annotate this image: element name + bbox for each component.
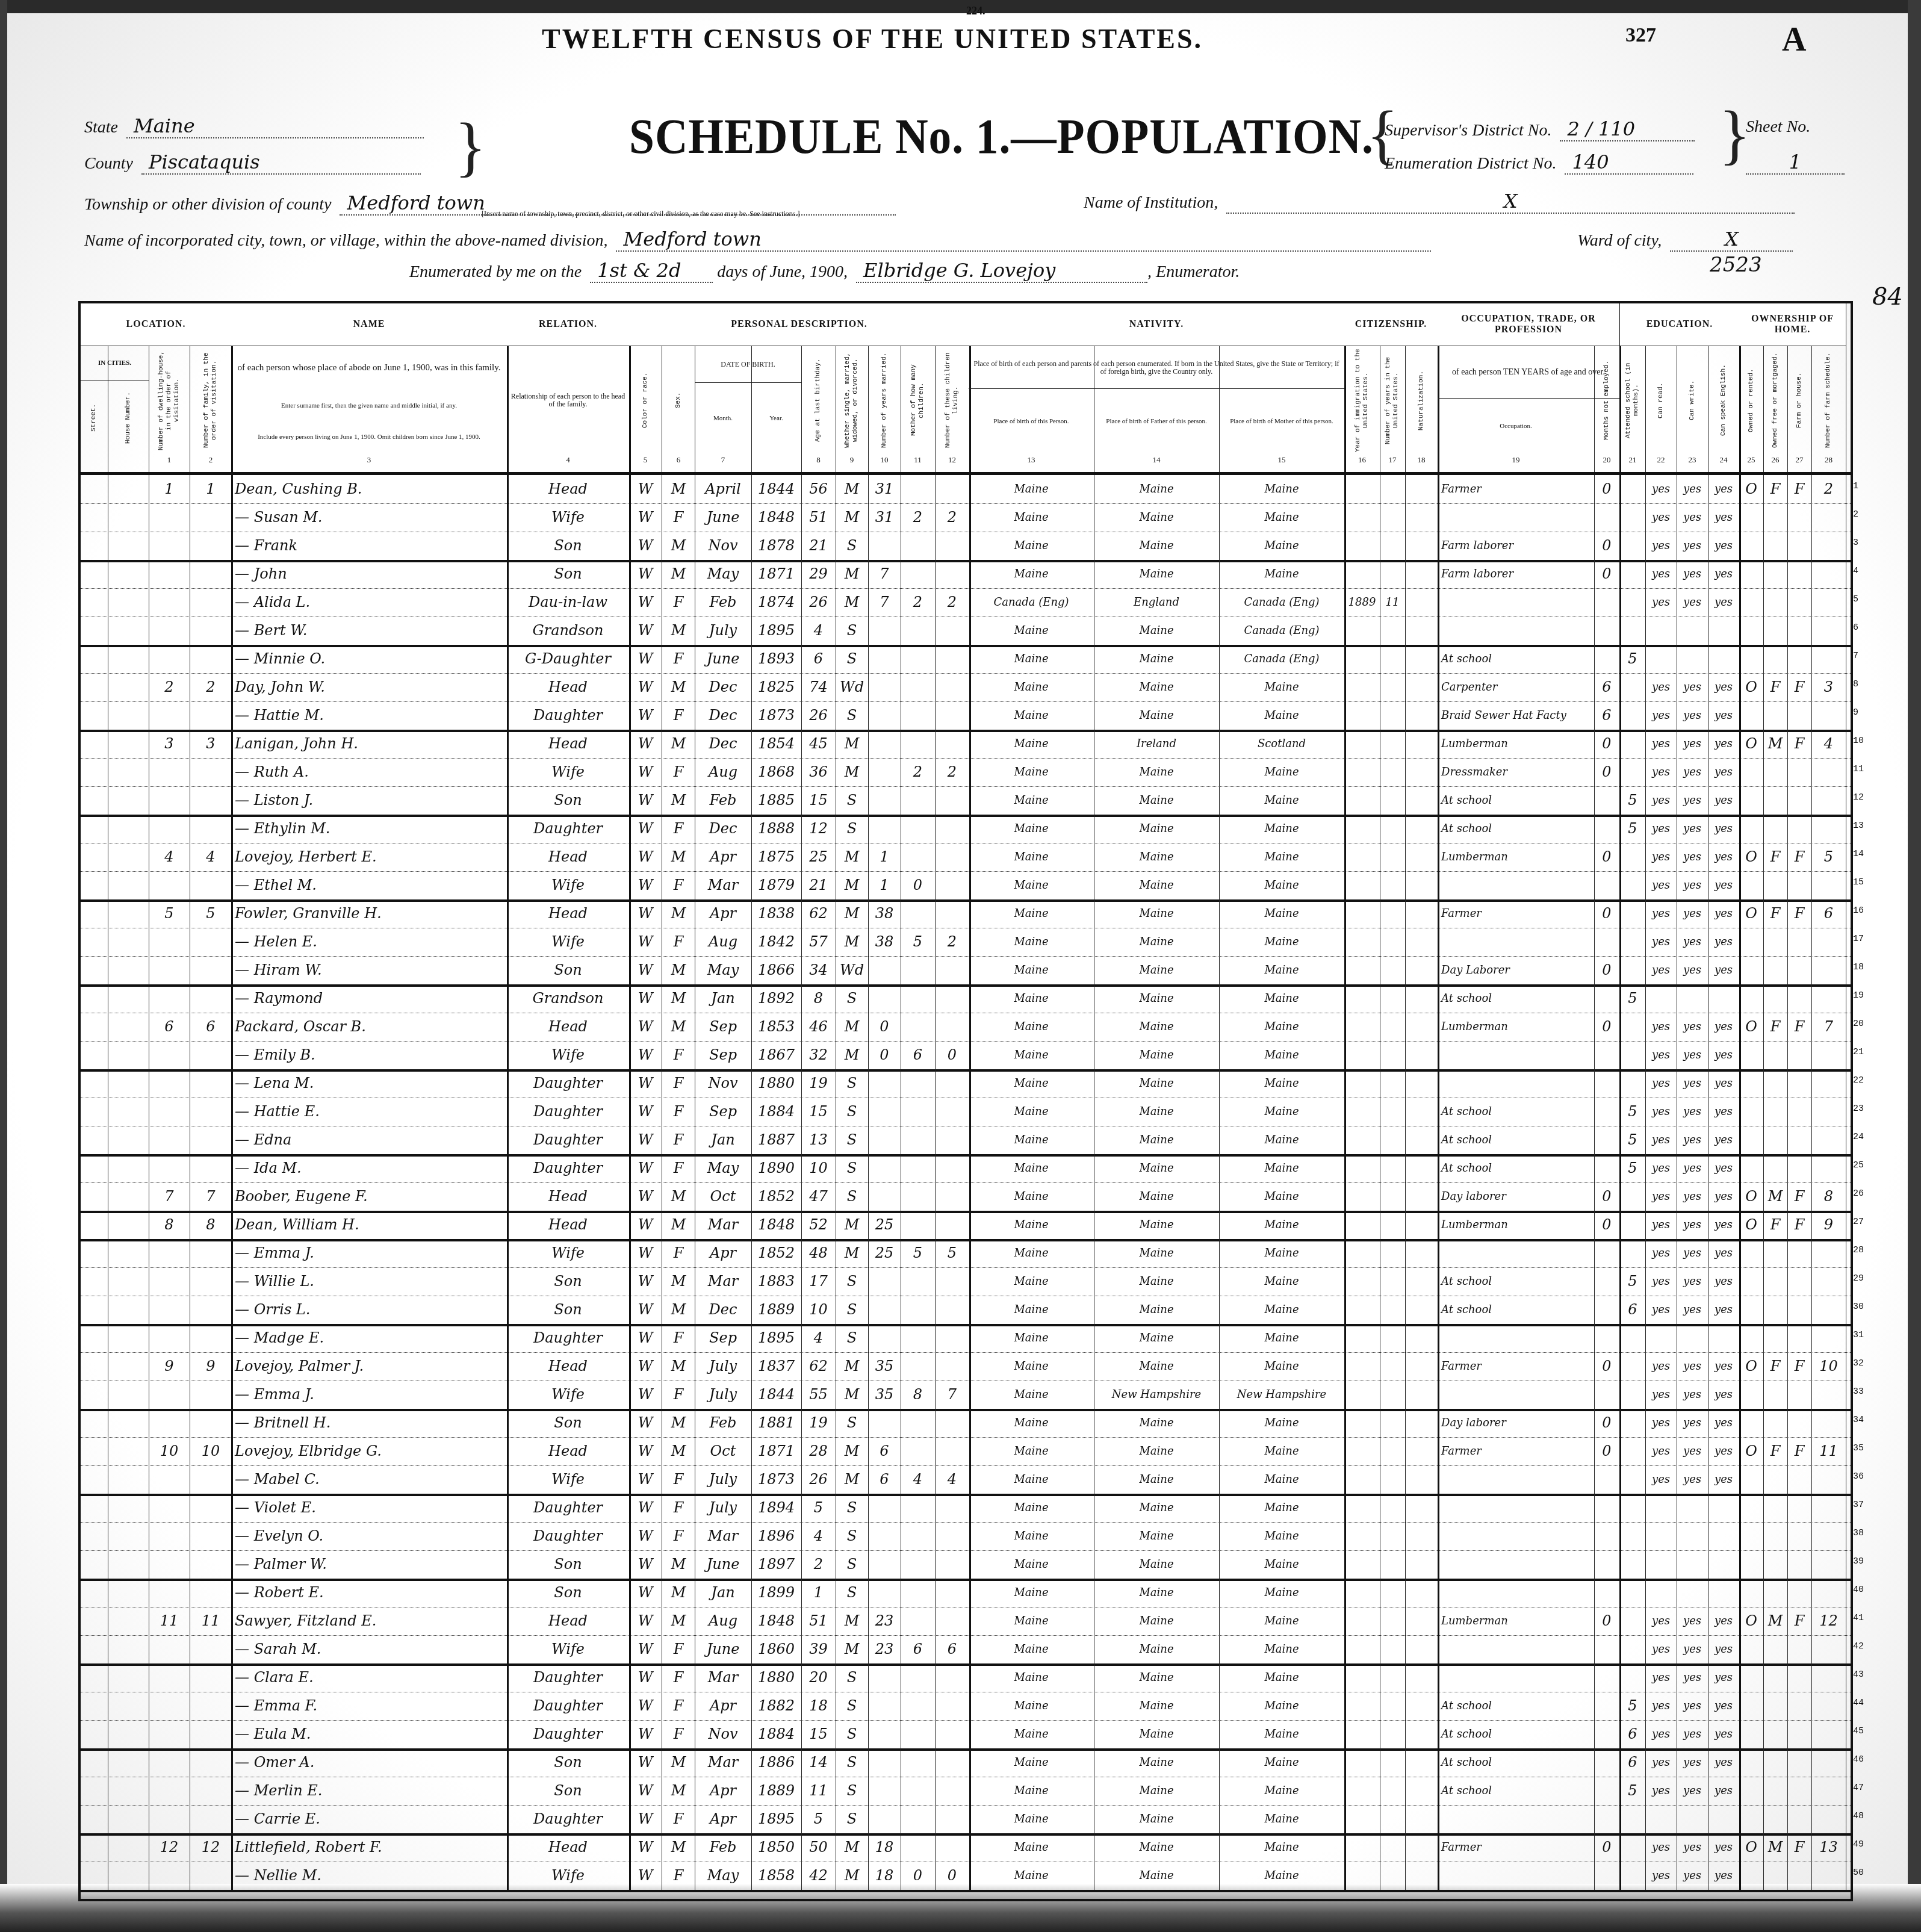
cell-age: 62	[801, 899, 836, 928]
cell-relation: Wife	[507, 1041, 629, 1069]
cell-can-read: yes	[1645, 1409, 1677, 1437]
cell-owned-free	[1763, 1777, 1787, 1805]
cell-pob-mother: Maine	[1219, 1324, 1344, 1352]
cell-sex: M	[662, 617, 695, 645]
cell-pob-mother: Scotland	[1219, 730, 1344, 758]
cell-sex: F	[662, 1635, 695, 1663]
cell-pob-person: Maine	[969, 1098, 1094, 1126]
cell-year: 1873	[751, 701, 801, 730]
column-number: 18	[1405, 455, 1438, 472]
ward-label: Ward of city,	[1577, 231, 1662, 250]
cell-attended-school: 5	[1620, 984, 1645, 1013]
cell-pob-person: Maine	[969, 758, 1094, 786]
cell-can-read: yes	[1645, 1352, 1677, 1381]
cell-farm-schedule: 9	[1811, 1211, 1846, 1239]
cell-occupation: Day Laborer	[1438, 956, 1598, 984]
cell-pob-mother: Maine	[1219, 673, 1344, 701]
cell-mother-of	[901, 1522, 935, 1550]
cell-name: — Ruth A.	[231, 758, 511, 786]
cell-color: W	[629, 1494, 662, 1522]
cell-month: Mar	[695, 871, 751, 899]
subhead-relation-desc: Relationship of each person to the head …	[507, 347, 629, 454]
row-col-line	[108, 1437, 149, 1465]
cell-age: 10	[801, 1154, 836, 1182]
cell-farm-schedule	[1811, 1663, 1846, 1692]
cell-immigration	[1344, 1748, 1380, 1777]
cell-mother-of	[901, 1296, 935, 1324]
cell-dwelling	[149, 928, 190, 956]
cell-marital: S	[836, 1098, 868, 1126]
cell-can-write: yes	[1677, 1663, 1708, 1692]
cell-years-married: 1	[868, 871, 901, 899]
row-col-line	[108, 532, 149, 560]
cell-owned-free	[1763, 1494, 1787, 1522]
row-col-line	[81, 1324, 108, 1352]
cell-age: 13	[801, 1126, 836, 1154]
cell-owned-rented	[1739, 984, 1763, 1013]
line-number: 32	[1853, 1358, 1864, 1368]
cell-pob-person: Maine	[969, 1381, 1094, 1409]
cell-marital: S	[836, 1522, 868, 1550]
subhead-pob-father: Place of birth of Father of this person.	[1094, 389, 1219, 454]
cell-years-married: 31	[868, 475, 901, 503]
table-row: — JohnSonWMMay187129M7MaineMaineMaineFar…	[81, 560, 1851, 589]
cell-mother-of	[901, 673, 935, 701]
cell-months-not-employed: 0	[1594, 560, 1619, 588]
cell-owned-free	[1763, 1720, 1787, 1748]
cell-dwelling	[149, 560, 190, 588]
cell-color: W	[629, 1720, 662, 1748]
cell-months-not-employed: 0	[1594, 1182, 1619, 1211]
cell-can-speak-english: yes	[1708, 1239, 1739, 1267]
cell-owned-rented	[1739, 1720, 1763, 1748]
cell-sex: F	[662, 1805, 695, 1833]
cell-mother-of: 2	[901, 588, 935, 617]
cell-sex: M	[662, 1748, 695, 1777]
cell-marital: S	[836, 617, 868, 645]
cell-relation: Wife	[507, 1465, 629, 1494]
line-number: 10	[1853, 736, 1864, 746]
row-col-line	[81, 475, 108, 503]
cell-pob-person: Maine	[969, 1663, 1094, 1692]
cell-month: Mar	[695, 1267, 751, 1296]
cell-can-write: yes	[1677, 701, 1708, 730]
cell-immigration	[1344, 617, 1380, 645]
cell-years-married	[868, 1805, 901, 1833]
cell-farm-schedule	[1811, 1748, 1846, 1777]
cell-farm-schedule	[1811, 1409, 1846, 1437]
cell-name: Lanigan, John H.	[231, 730, 511, 758]
table-row: — Emma J.WifeWFApr185248M2555MaineMaineM…	[81, 1239, 1851, 1268]
cell-months-not-employed	[1594, 1324, 1619, 1352]
column-number: 11	[901, 455, 935, 472]
cell-age: 8	[801, 984, 836, 1013]
subhead-naturalization: Naturalization.	[1405, 347, 1438, 454]
cell-dwelling: 12	[149, 1833, 190, 1862]
table-row: 55Fowler, Granville H.HeadWMApr183862M38…	[81, 899, 1851, 928]
cell-attended-school	[1620, 588, 1645, 617]
cell-family	[190, 1381, 231, 1409]
cell-color: W	[629, 1069, 662, 1098]
line-number: 13	[1853, 821, 1864, 831]
cell-years-us	[1380, 730, 1405, 758]
cell-color: W	[629, 730, 662, 758]
cell-mother-of: 0	[901, 1862, 935, 1890]
cell-pob-father: Maine	[1094, 1833, 1219, 1862]
row-col-line	[108, 1211, 149, 1239]
cell-pob-father: Maine	[1094, 1579, 1219, 1607]
cell-dwelling	[149, 1635, 190, 1663]
cell-occupation	[1438, 1494, 1598, 1522]
cell-owned-rented	[1739, 1041, 1763, 1069]
row-col-line	[108, 1324, 149, 1352]
cell-sex: F	[662, 588, 695, 617]
cell-owned-rented	[1739, 701, 1763, 730]
cell-farm-house: F	[1787, 673, 1811, 701]
cell-owned-rented	[1739, 1522, 1763, 1550]
cell-can-write: yes	[1677, 1720, 1708, 1748]
cell-naturalization	[1405, 560, 1438, 588]
cell-can-speak-english: yes	[1708, 1777, 1739, 1805]
cell-relation: Wife	[507, 1239, 629, 1267]
cell-mother-of	[901, 786, 935, 815]
cell-pob-father: Maine	[1094, 1862, 1219, 1890]
cell-pob-mother: Maine	[1219, 956, 1344, 984]
cell-owned-free	[1763, 1296, 1787, 1324]
cell-pob-father: Maine	[1094, 1352, 1219, 1381]
cell-owned-free	[1763, 871, 1787, 899]
row-col-line	[108, 673, 149, 701]
cell-immigration	[1344, 503, 1380, 532]
cell-occupation: Farmer	[1438, 899, 1598, 928]
cell-relation: Daughter	[507, 1494, 629, 1522]
cell-marital: S	[836, 1182, 868, 1211]
cell-years-married	[868, 1748, 901, 1777]
cell-years-married	[868, 984, 901, 1013]
cell-mother-of	[901, 1692, 935, 1720]
cell-farm-house: F	[1787, 730, 1811, 758]
cell-marital: S	[836, 1777, 868, 1805]
row-col-line	[108, 1833, 149, 1862]
cell-years-us	[1380, 1211, 1405, 1239]
county-value: Piscataquis	[141, 151, 421, 175]
cell-immigration	[1344, 1324, 1380, 1352]
cell-age: 19	[801, 1409, 836, 1437]
cell-years-us	[1380, 1267, 1405, 1296]
cell-family	[190, 1720, 231, 1748]
cell-owned-rented	[1739, 1748, 1763, 1777]
column-number: 1	[149, 455, 190, 472]
cell-months-not-employed	[1594, 1494, 1619, 1522]
row-col-line	[108, 560, 149, 588]
cell-relation: Wife	[507, 1381, 629, 1409]
column-number: 19	[1438, 455, 1594, 472]
cell-color: W	[629, 1607, 662, 1635]
cell-attended-school	[1620, 1579, 1645, 1607]
scan-edge-left	[0, 0, 7, 1932]
cell-color: W	[629, 645, 662, 673]
cell-year: 1852	[751, 1182, 801, 1211]
cell-name: — John	[231, 560, 511, 588]
enumerator-name: Elbridge G. Lovejoy	[856, 259, 1147, 283]
cell-dwelling	[149, 1663, 190, 1692]
cell-marital: M	[836, 1381, 868, 1409]
row-col-line	[108, 956, 149, 984]
cell-pob-mother: Maine	[1219, 503, 1344, 532]
table-row: — Willie L.SonWMMar188317SMaineMaineMain…	[81, 1267, 1851, 1296]
cell-month: Sep	[695, 1324, 751, 1352]
cell-children-living	[935, 1296, 969, 1324]
cell-attended-school	[1620, 475, 1645, 503]
cell-months-not-employed	[1594, 1267, 1619, 1296]
cell-naturalization	[1405, 532, 1438, 560]
institution-field: Name of Institution,X	[1084, 190, 1795, 214]
cell-pob-father: Maine	[1094, 956, 1219, 984]
cell-dwelling	[149, 1126, 190, 1154]
table-row: 22Day, John W.HeadWMDec182574WdMaineMain…	[81, 673, 1851, 702]
cell-age: 20	[801, 1663, 836, 1692]
row-col-line	[108, 1777, 149, 1805]
cell-immigration	[1344, 1352, 1380, 1381]
cell-children-living	[935, 532, 969, 560]
cell-year: 1879	[751, 871, 801, 899]
line-number: 5	[1853, 594, 1858, 604]
cell-mother-of	[901, 645, 935, 673]
cell-naturalization	[1405, 1550, 1438, 1579]
page-stamp: 224.	[966, 5, 985, 17]
cell-dwelling	[149, 1098, 190, 1126]
column-number: 10	[868, 455, 901, 472]
cell-year: 1842	[751, 928, 801, 956]
cell-farm-house: F	[1787, 843, 1811, 871]
row-col-line	[81, 1663, 108, 1692]
cell-relation: Wife	[507, 928, 629, 956]
cell-months-not-employed: 0	[1594, 758, 1619, 786]
cell-can-read: yes	[1645, 1862, 1677, 1890]
cell-pob-father: Maine	[1094, 1409, 1219, 1437]
cell-owned-free	[1763, 588, 1787, 617]
table-row: 1111Sawyer, Fitzland E.HeadWMAug184851M2…	[81, 1607, 1851, 1636]
cell-color: W	[629, 503, 662, 532]
cell-month: Aug	[695, 928, 751, 956]
cell-relation: Son	[507, 560, 629, 588]
cell-owned-free	[1763, 645, 1787, 673]
group-header-personal: PERSONAL DESCRIPTION.	[629, 303, 969, 346]
row-col-line	[81, 1635, 108, 1663]
cell-can-read: yes	[1645, 1777, 1677, 1805]
city-label: Name of incorporated city, town, or vill…	[84, 231, 607, 250]
row-col-line	[81, 843, 108, 871]
cell-can-read	[1645, 1805, 1677, 1833]
supervisor-field: Supervisor's District No.2 / 110	[1385, 117, 1695, 141]
state-label: State	[84, 118, 118, 137]
cell-year: 1871	[751, 560, 801, 588]
cell-occupation: Braid Sewer Hat Facty	[1438, 701, 1598, 730]
cell-farm-schedule	[1811, 1267, 1846, 1296]
line-number: 16	[1853, 905, 1864, 916]
line-number: 12	[1853, 792, 1864, 803]
cell-color: W	[629, 1239, 662, 1267]
supervisor-value: 2 / 110	[1560, 117, 1695, 141]
cell-naturalization	[1405, 956, 1438, 984]
cell-name: — Bert W.	[231, 617, 511, 645]
cell-years-married	[868, 1579, 901, 1607]
cell-years-married	[868, 1182, 901, 1211]
cell-farm-house	[1787, 532, 1811, 560]
cell-marital: S	[836, 1154, 868, 1182]
cell-owned-free: F	[1763, 1211, 1787, 1239]
cell-pob-mother: Maine	[1219, 1409, 1344, 1437]
cell-can-speak-english: yes	[1708, 1211, 1739, 1239]
cell-children-living	[935, 786, 969, 815]
cell-family	[190, 645, 231, 673]
cell-pob-father: Maine	[1094, 645, 1219, 673]
row-col-line	[81, 956, 108, 984]
cell-month: Feb	[695, 1409, 751, 1437]
cell-farm-schedule	[1811, 1239, 1846, 1267]
cell-sex: M	[662, 956, 695, 984]
cell-mother-of	[901, 1805, 935, 1833]
cell-family: 11	[190, 1607, 231, 1635]
cell-farm-house	[1787, 1296, 1811, 1324]
cell-relation: Grandson	[507, 984, 629, 1013]
cell-marital: S	[836, 1296, 868, 1324]
cell-marital: M	[836, 1013, 868, 1041]
cell-pob-father: Maine	[1094, 1041, 1219, 1069]
cell-age: 15	[801, 1720, 836, 1748]
row-col-line	[81, 815, 108, 843]
cell-pob-person: Maine	[969, 1267, 1094, 1296]
cell-years-us: 11	[1380, 588, 1405, 617]
cell-naturalization	[1405, 1805, 1438, 1833]
cell-name: — Omer A.	[231, 1748, 511, 1777]
cell-can-speak-english: yes	[1708, 1437, 1739, 1465]
line-number: 6	[1853, 623, 1858, 633]
cell-pob-person: Maine	[969, 956, 1094, 984]
cell-immigration	[1344, 730, 1380, 758]
cell-age: 74	[801, 673, 836, 701]
row-col-line	[81, 1211, 108, 1239]
cell-attended-school	[1620, 673, 1645, 701]
cell-occupation: Carpenter	[1438, 673, 1598, 701]
row-col-line	[108, 1409, 149, 1437]
sheet-letter: A	[1782, 20, 1806, 59]
cell-can-read	[1645, 645, 1677, 673]
cell-can-write	[1677, 1494, 1708, 1522]
cell-months-not-employed: 0	[1594, 1352, 1619, 1381]
cell-farm-house	[1787, 956, 1811, 984]
cell-months-not-employed	[1594, 1126, 1619, 1154]
cell-can-write: yes	[1677, 843, 1708, 871]
cell-month: Sep	[695, 1013, 751, 1041]
cell-occupation: Lumberman	[1438, 843, 1598, 871]
cell-attended-school: 5	[1620, 786, 1645, 815]
cell-attended-school: 5	[1620, 1692, 1645, 1720]
cell-months-not-employed: 0	[1594, 1607, 1619, 1635]
cell-can-read: yes	[1645, 1607, 1677, 1635]
cell-month: Dec	[695, 815, 751, 843]
cell-pob-father: Maine	[1094, 1748, 1219, 1777]
cell-years-married: 7	[868, 588, 901, 617]
cell-months-not-employed	[1594, 1663, 1619, 1692]
cell-dwelling	[149, 1041, 190, 1069]
cell-color: W	[629, 1862, 662, 1890]
cell-relation: Daughter	[507, 701, 629, 730]
cell-years-married: 18	[868, 1833, 901, 1862]
cell-pob-father: Maine	[1094, 532, 1219, 560]
cell-dwelling	[149, 1267, 190, 1296]
cell-name: — Carrie E.	[231, 1805, 511, 1833]
line-number: 26	[1853, 1188, 1864, 1199]
cell-can-speak-english	[1708, 1550, 1739, 1579]
row-col-line	[108, 645, 149, 673]
cell-can-write: yes	[1677, 956, 1708, 984]
row-col-line	[108, 701, 149, 730]
cell-occupation: At school	[1438, 645, 1598, 673]
row-col-line	[108, 1296, 149, 1324]
cell-owned-rented	[1739, 1239, 1763, 1267]
cell-age: 14	[801, 1748, 836, 1777]
cell-years-us	[1380, 1522, 1405, 1550]
cell-mother-of	[901, 1069, 935, 1098]
cell-farm-house: F	[1787, 1607, 1811, 1635]
cell-attended-school: 5	[1620, 1267, 1645, 1296]
cell-marital: S	[836, 984, 868, 1013]
line-number: 20	[1853, 1019, 1864, 1029]
cell-month: Dec	[695, 673, 751, 701]
cell-occupation	[1438, 1041, 1598, 1069]
cell-can-write	[1677, 617, 1708, 645]
cell-can-read: yes	[1645, 928, 1677, 956]
enumerated-days: 1st & 2d	[590, 259, 713, 283]
cell-attended-school: 6	[1620, 1748, 1645, 1777]
cell-marital: S	[836, 1126, 868, 1154]
cell-years-married	[868, 1126, 901, 1154]
table-row: 44Lovejoy, Herbert E.HeadWMApr187525M1Ma…	[81, 843, 1851, 872]
group-header-education: EDUCATION.	[1620, 303, 1739, 346]
cell-name: — Nellie M.	[231, 1862, 511, 1890]
cell-years-us	[1380, 673, 1405, 701]
cell-pob-person: Maine	[969, 673, 1094, 701]
cell-marital: S	[836, 1324, 868, 1352]
cell-family: 8	[190, 1211, 231, 1239]
cell-can-read: yes	[1645, 1635, 1677, 1663]
enumerated-suffix: days of June, 1900,	[717, 262, 848, 281]
cell-pob-person: Maine	[969, 815, 1094, 843]
cell-mother-of	[901, 1748, 935, 1777]
cell-age: 4	[801, 1522, 836, 1550]
row-col-line	[108, 1267, 149, 1296]
cell-occupation: Day laborer	[1438, 1182, 1598, 1211]
cell-can-read: yes	[1645, 1267, 1677, 1296]
cell-sex: F	[662, 815, 695, 843]
cell-can-write: yes	[1677, 871, 1708, 899]
subhead-occupation: Occupation.	[1438, 399, 1594, 454]
table-header: LOCATION.NAMERELATION.PERSONAL DESCRIPTI…	[81, 303, 1851, 475]
cell-children-living	[935, 1607, 969, 1635]
cell-farm-house	[1787, 1409, 1811, 1437]
cell-pob-person: Maine	[969, 1607, 1094, 1635]
cell-attended-school	[1620, 1437, 1645, 1465]
row-col-line	[81, 1296, 108, 1324]
cell-naturalization	[1405, 1833, 1438, 1862]
column-number: 9	[836, 455, 868, 472]
cell-can-write: yes	[1677, 1381, 1708, 1409]
cell-name: — Eula M.	[231, 1720, 511, 1748]
cell-months-not-employed: 0	[1594, 1833, 1619, 1862]
row-col-line	[81, 1041, 108, 1069]
cell-can-read: yes	[1645, 871, 1677, 899]
